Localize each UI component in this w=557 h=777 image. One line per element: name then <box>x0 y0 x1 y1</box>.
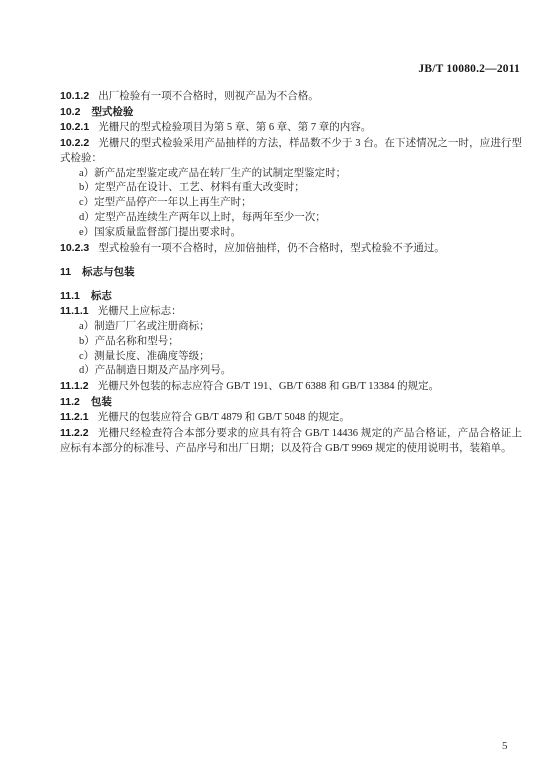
list-item-c: c）测量长度、准确度等级； <box>60 350 522 365</box>
chapter-number: 11 <box>60 266 71 278</box>
clause-11-1-1: 11.1.1光栅尺上应标志： <box>60 304 522 320</box>
heading-number: 11.2 <box>60 396 80 408</box>
heading-10-2: 10.2型式检验 <box>60 105 522 120</box>
clause-number: 11.1.1 <box>60 305 89 317</box>
clause-11-2-2: 11.2.2光栅尺经检查符合本部分要求的应具有符合 GB/T 14436 规定的… <box>60 426 522 457</box>
chapter-text: 标志与包装 <box>82 266 135 278</box>
page-number: 5 <box>502 740 508 752</box>
clause-text: 光栅尺外包装的标志应符合 GB/T 191、GB/T 6388 和 GB/T 1… <box>98 381 440 392</box>
list-item-c: c）定型产品停产一年以上再生产时； <box>60 196 522 211</box>
list-item-b: b）产品名称和型号； <box>60 335 522 350</box>
list-item-d: d）产品制造日期及产品序列号。 <box>60 364 522 379</box>
clause-number: 10.2.1 <box>60 121 89 133</box>
document-body: 10.1.2出厂检验有一项不合格时，则视产品为不合格。 10.2型式检验 10.… <box>60 89 522 457</box>
list-item-b: b）定型产品在设计、工艺、材料有重大改变时； <box>60 181 522 196</box>
heading-text: 标志 <box>91 290 112 302</box>
heading-11-2: 11.2包装 <box>60 395 522 410</box>
list-item-e: e）国家质量监督部门提出要求时。 <box>60 226 522 241</box>
running-head: JB/T 10080.2—2011 <box>418 63 520 75</box>
list-item-a: a）制造厂厂名或注册商标； <box>60 320 522 335</box>
clause-text: 光栅尺上应标志： <box>98 306 182 317</box>
clause-11-1-2: 11.1.2光栅尺外包装的标志应符合 GB/T 191、GB/T 6388 和 … <box>60 379 522 395</box>
clause-10-2-1: 10.2.1光栅尺的型式检验项目为第 5 章、第 6 章、第 7 章的内容。 <box>60 120 522 136</box>
heading-text: 型式检验 <box>91 106 133 118</box>
heading-text: 包装 <box>91 396 112 408</box>
clause-number: 10.2.3 <box>60 242 89 254</box>
clause-text: 光栅尺的型式检验项目为第 5 章、第 6 章、第 7 章的内容。 <box>98 122 371 133</box>
clause-number: 11.2.1 <box>60 411 89 423</box>
clause-10-2-2: 10.2.2光栅尺的型式检验采用产品抽样的方法，样品数不少于 3 台。在下述情况… <box>60 136 522 167</box>
heading-number: 10.2 <box>60 106 80 118</box>
clause-text: 出厂检验有一项不合格时，则视产品为不合格。 <box>98 91 319 102</box>
clause-10-1-2: 10.1.2出厂检验有一项不合格时，则视产品为不合格。 <box>60 89 522 105</box>
heading-number: 11.1 <box>60 290 80 302</box>
clause-number: 11.1.2 <box>60 380 89 392</box>
clause-10-2-3: 10.2.3型式检验有一项不合格时，应加倍抽样，仍不合格时，型式检验不予通过。 <box>60 241 522 257</box>
clause-text: 型式检验有一项不合格时，应加倍抽样，仍不合格时，型式检验不予通过。 <box>98 243 445 254</box>
clause-text: 光栅尺的包装应符合 GB/T 4879 和 GB/T 5048 的规定。 <box>98 412 350 423</box>
clause-text: 光栅尺经检查符合本部分要求的应具有符合 GB/T 14436 规定的产品合格证，… <box>60 428 522 454</box>
list-item-d: d）定型产品连续生产两年以上时，每两年至少一次； <box>60 211 522 226</box>
clause-text: 光栅尺的型式检验采用产品抽样的方法，样品数不少于 3 台。在下述情况之一时，应进… <box>60 138 522 164</box>
heading-11-1: 11.1标志 <box>60 289 522 304</box>
clause-number: 11.2.2 <box>60 427 89 439</box>
clause-number: 10.1.2 <box>60 90 89 102</box>
clause-number: 10.2.2 <box>60 137 89 149</box>
document-page: JB/T 10080.2—2011 10.1.2出厂检验有一项不合格时，则视产品… <box>0 0 557 777</box>
chapter-11: 11标志与包装 <box>60 265 522 280</box>
list-item-a: a）新产品定型鉴定或产品在转厂生产的试制定型鉴定时； <box>60 167 522 182</box>
clause-11-2-1: 11.2.1光栅尺的包装应符合 GB/T 4879 和 GB/T 5048 的规… <box>60 410 522 426</box>
